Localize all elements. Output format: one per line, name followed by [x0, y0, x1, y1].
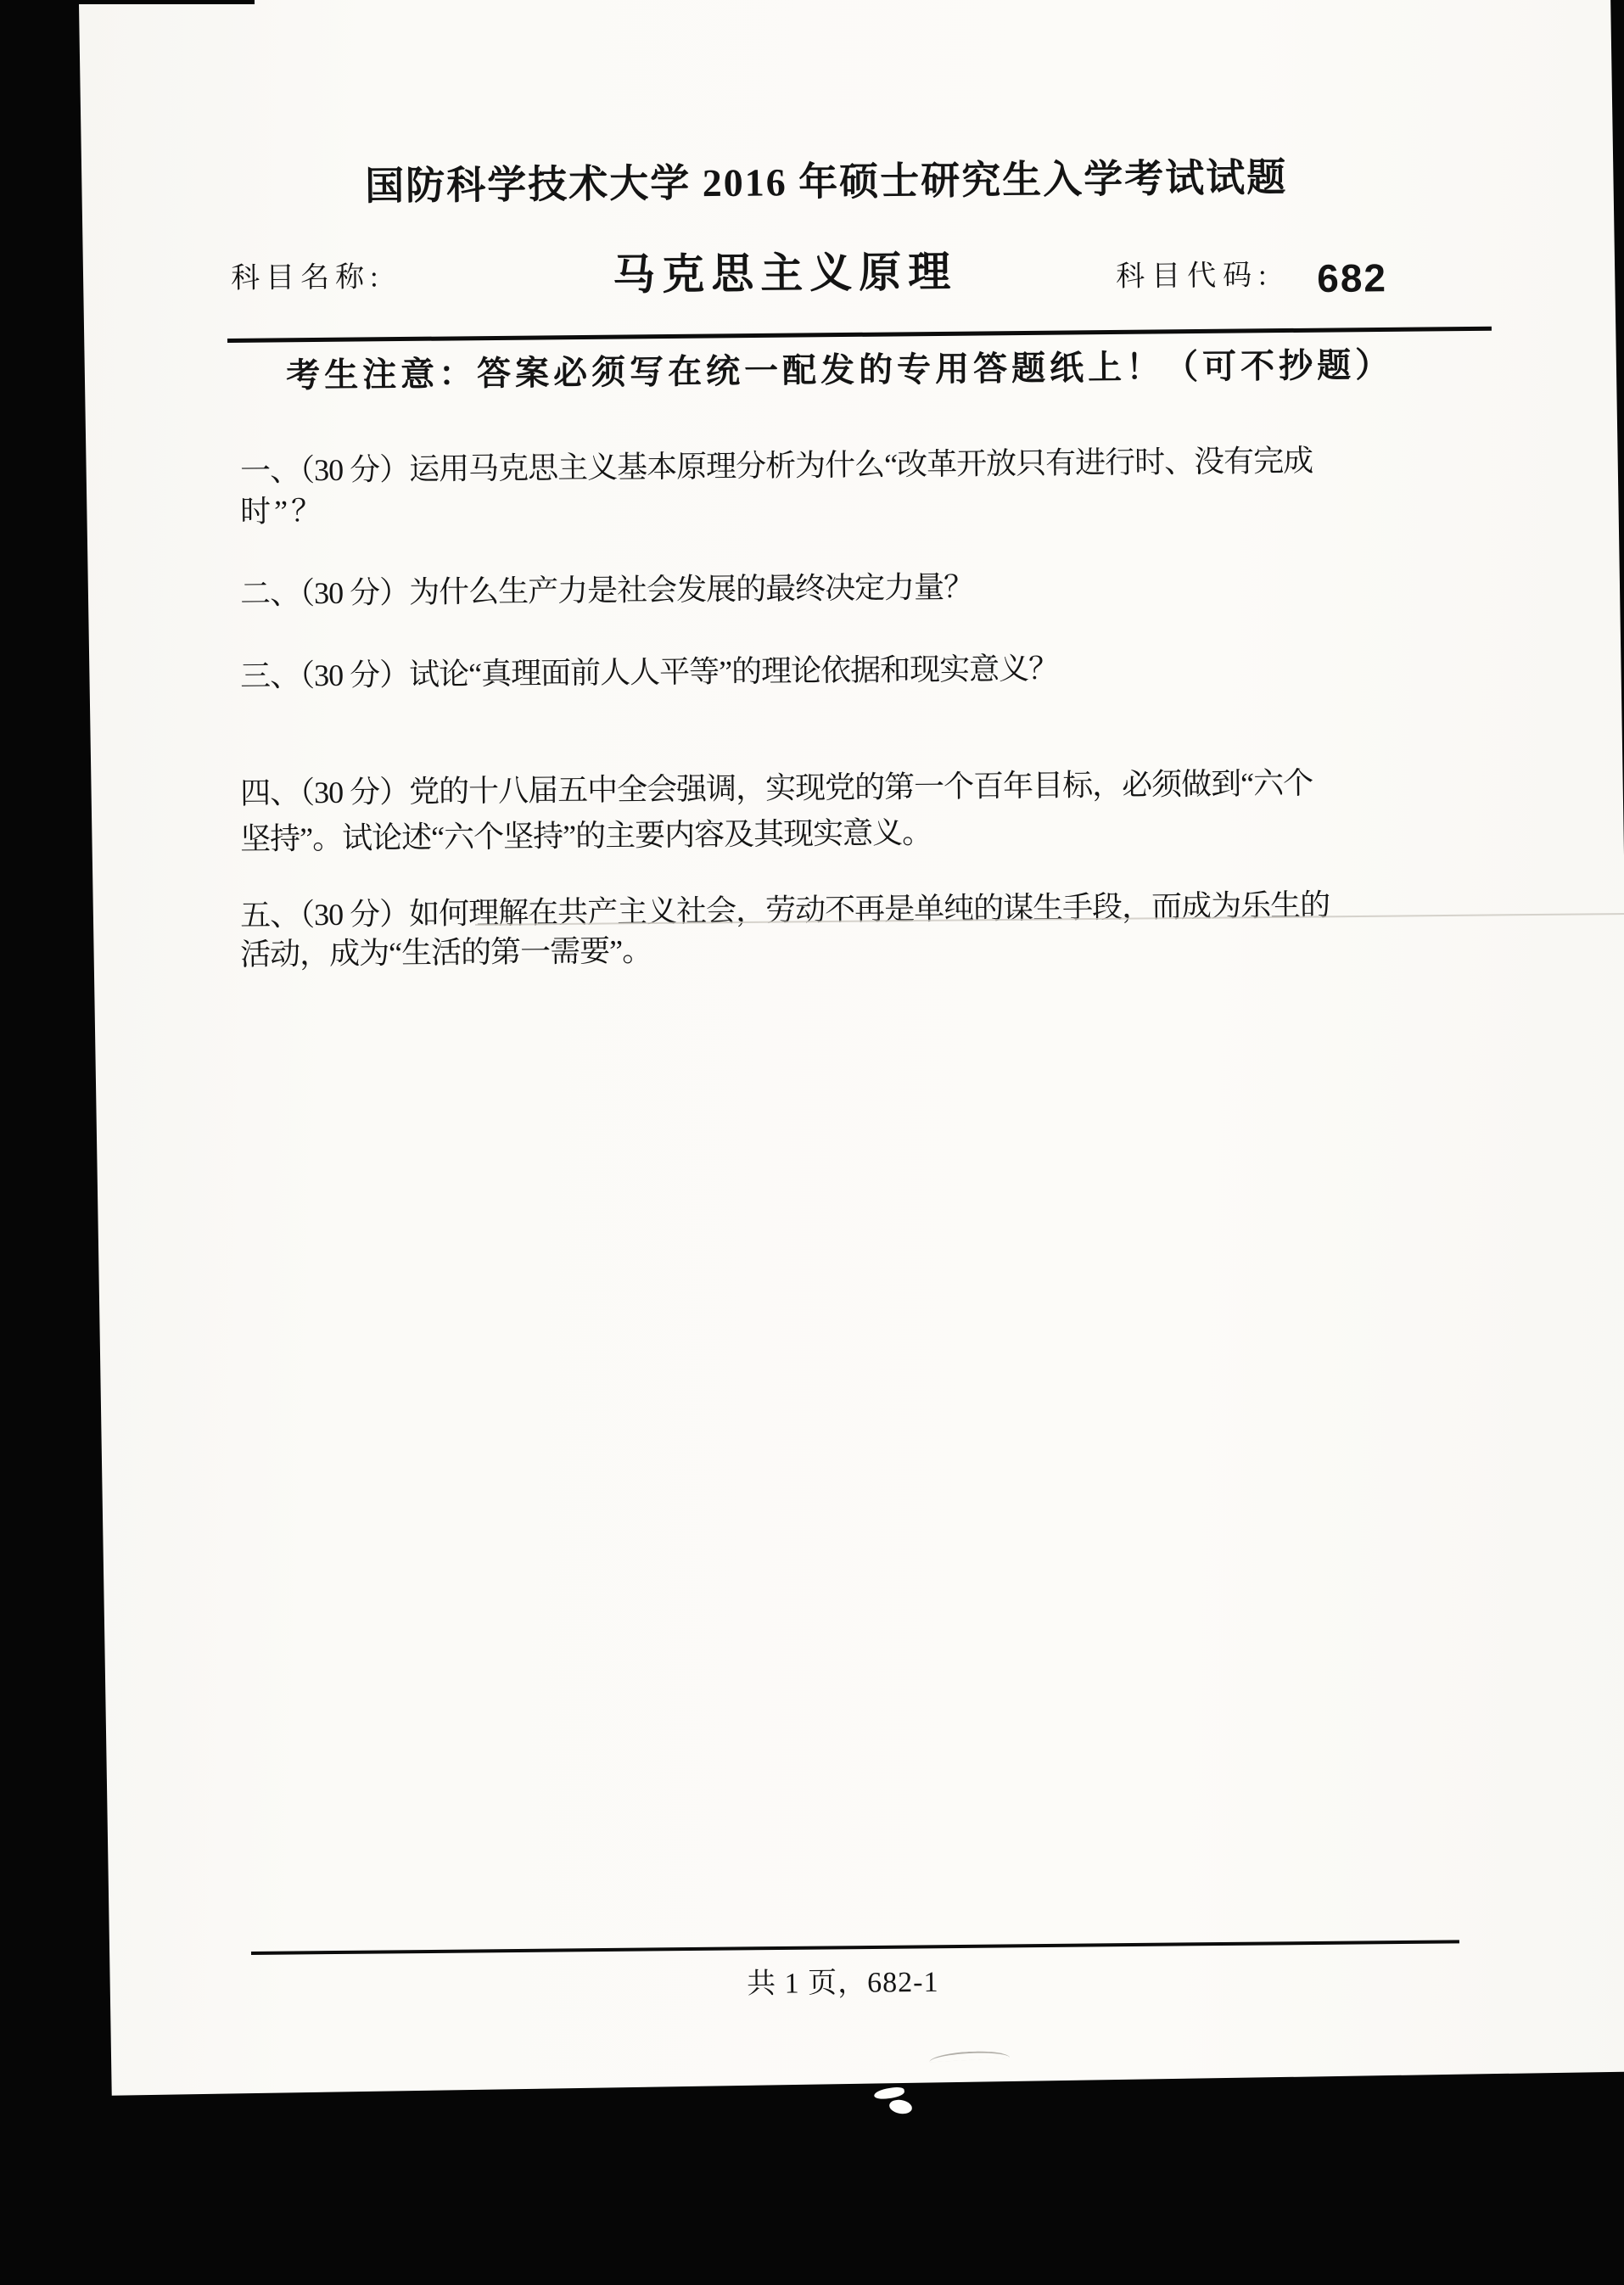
footer-page-number: 共 1 页，682-1 — [747, 1969, 939, 1999]
paper-speck — [873, 2086, 904, 2101]
paper-sheet — [78, 0, 1624, 2096]
question-5-line-2: 活动，成为“生活的第一需要”。 — [240, 935, 652, 970]
paper-speck — [888, 2098, 913, 2115]
question-1-line-2: 时”？ — [240, 496, 325, 527]
question-2-line-1: 二、（30 分）为什么生产力是社会发展的最终决定力量？ — [240, 572, 973, 609]
scanned-exam-page: 国防科学技术大学 2016 年硕士研究生入学考试试题 科目名称: 马克思主义原理… — [0, 0, 1624, 2285]
page-title: 国防科学技术大学 2016 年硕士研究生入学考试试题 — [365, 159, 1287, 206]
subject-code: 682 — [1317, 258, 1387, 298]
question-3-line-1: 三、（30 分）试论“真理面前人人平等”的理论依据和现实意义？ — [240, 653, 1058, 692]
subject-name-label: 科目名称: — [231, 263, 384, 294]
subject-name: 马克思主义原理 — [613, 250, 957, 296]
question-4-line-2: 坚持”。试论述“六个坚持”的主要内容及其现实意义。 — [240, 817, 932, 854]
subject-code-label: 科目代码: — [1116, 261, 1274, 292]
scan-edge-artifact — [0, 0, 255, 4]
